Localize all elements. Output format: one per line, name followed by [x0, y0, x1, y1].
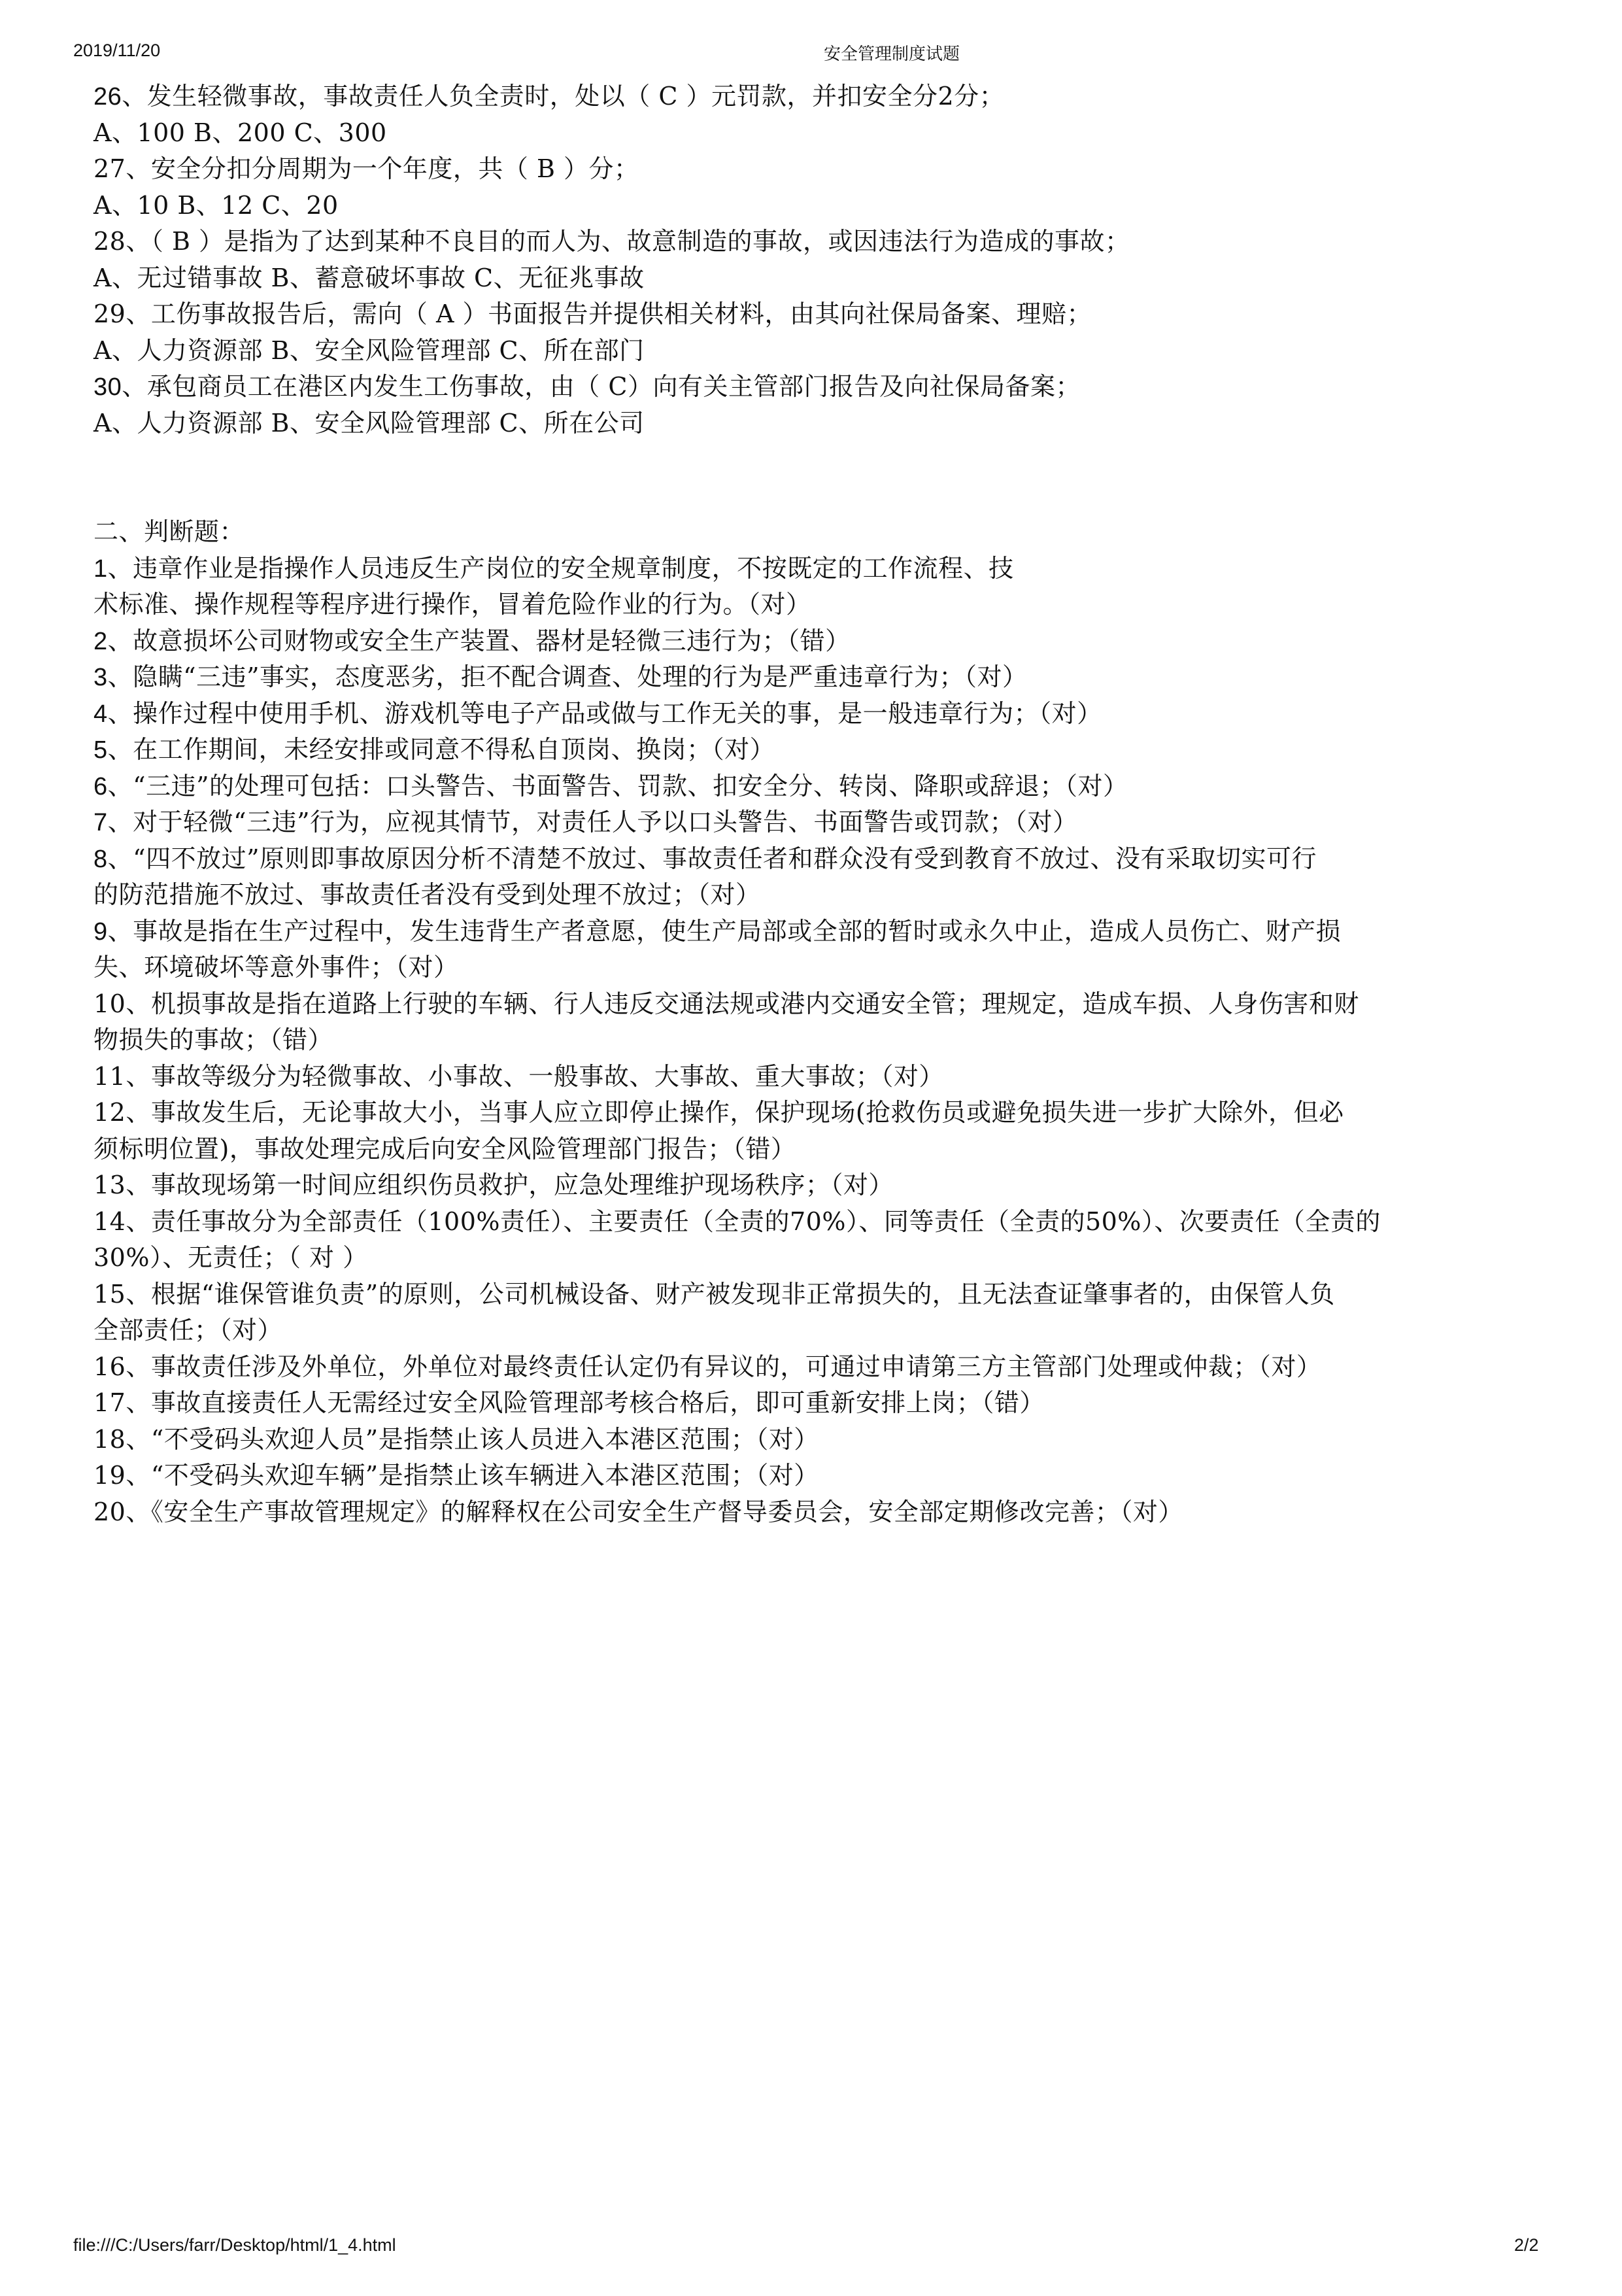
tf-item-19: 19、“不受码头欢迎车辆”是指禁止该车辆进入本港区范围；（对） — [93, 1458, 1532, 1494]
question-options: A、人力资源部 B、安全风险管理部 C、所在部门 — [93, 333, 1532, 369]
tf-item-7: 7、对于轻微“三违”行为，应视其情节，对责任人予以口头警告、书面警告或罚款；（对… — [93, 804, 1532, 841]
question-29: 29、工伤事故报告后，需向（ A ）书面报告并提供相关材料，由其向社保局备案、理… — [93, 296, 1532, 369]
question-options: A、无过错事故 B、蓄意破坏事故 C、无征兆事故 — [93, 260, 1532, 297]
question-text: 29、工伤事故报告后，需向（ A ）书面报告并提供相关材料，由其向社保局备案、理… — [93, 296, 1532, 333]
tf-item-2: 2、故意损坏公司财物或安全生产装置、器材是轻微三违行为；（错） — [93, 623, 1532, 660]
question-text: 26、发生轻微事故，事故责任人负全责时，处以（ C ）元罚款，并扣安全分2分； — [93, 78, 1532, 115]
tf-item-6: 6、“三违”的处理可包括：口头警告、书面警告、罚款、扣安全分、转岗、降职或辞退；… — [93, 768, 1532, 805]
question-text: 28、（ B ）是指为了达到某种不良目的而人为、故意制造的事故，或因违法行为造成… — [93, 224, 1532, 260]
tf-item-4: 4、操作过程中使用手机、游戏机等电子产品或做与工作无关的事，是一般违章行为；（对… — [93, 696, 1532, 732]
question-options: A、100 B、200 C、300 — [93, 115, 1532, 152]
question-26: 26、发生轻微事故，事故责任人负全责时，处以（ C ）元罚款，并扣安全分2分； … — [93, 78, 1532, 151]
question-text: 30、承包商员工在港区内发生工伤事故，由（ C）向有关主管部门报告及向社保局备案… — [93, 369, 1532, 405]
tf-item-15: 15、根据“谁保管谁负责”的原则，公司机械设备、财产被发现非正常损失的，且无法查… — [93, 1277, 1532, 1349]
tf-item-5: 5、在工作期间，未经安排或同意不得私自顶岗、换岗；（对） — [93, 732, 1532, 768]
section-title: 二、判断题： — [93, 514, 1532, 551]
question-28: 28、（ B ）是指为了达到某种不良目的而人为、故意制造的事故，或因违法行为造成… — [93, 224, 1532, 296]
tf-item-20: 20、《安全生产事故管理规定》的解释权在公司安全生产督导委员会，安全部定期修改完… — [93, 1494, 1532, 1531]
tf-item-9: 9、事故是指在生产过程中，发生违背生产者意愿，使生产局部或全部的暂时或永久中止，… — [93, 914, 1532, 986]
question-options: A、人力资源部 B、安全风险管理部 C、所在公司 — [93, 405, 1532, 442]
tf-item-8: 8、“四不放过”原则即事故原因分析不清楚不放过、事故责任者和群众没有受到教育不放… — [93, 841, 1532, 914]
section-spacer — [93, 441, 1532, 514]
tf-item-3: 3、隐瞒“三违”事实，态度恶劣，拒不配合调查、处理的行为是严重违章行为；（对） — [93, 659, 1532, 696]
tf-item-17: 17、事故直接责任人无需经过安全风险管理部考核合格后，即可重新安排上岗；（错） — [93, 1385, 1532, 1422]
header-date: 2019/11/20 — [73, 41, 160, 61]
question-options: A、10 B、12 C、20 — [93, 188, 1532, 224]
footer-file-path: file:///C:/Users/farr/Desktop/html/1_4.h… — [73, 2235, 396, 2255]
page-title: 安全管理制度试题 — [824, 41, 960, 65]
question-27: 27、安全分扣分周期为一个年度，共（ B ）分； A、10 B、12 C、20 — [93, 151, 1532, 224]
tf-item-11: 11、事故等级分为轻微事故、小事故、一般事故、大事故、重大事故；（对） — [93, 1059, 1532, 1095]
tf-item-16: 16、事故责任涉及外单位，外单位对最终责任认定仍有异议的，可通过申请第三方主管部… — [93, 1349, 1532, 1386]
tf-item-10: 10、机损事故是指在道路上行驶的车辆、行人违反交通法规或港内交通安全管；理规定，… — [93, 986, 1532, 1059]
question-30: 30、承包商员工在港区内发生工伤事故，由（ C）向有关主管部门报告及向社保局备案… — [93, 369, 1532, 441]
document-body: 26、发生轻微事故，事故责任人负全责时，处以（ C ）元罚款，并扣安全分2分； … — [93, 78, 1532, 1530]
footer-page-number: 2/2 — [1514, 2235, 1539, 2255]
tf-item-12: 12、事故发生后，无论事故大小，当事人应立即停止操作，保护现场(抢救伤员或避免损… — [93, 1095, 1532, 1167]
question-text: 27、安全分扣分周期为一个年度，共（ B ）分； — [93, 151, 1532, 188]
tf-item-18: 18、“不受码头欢迎人员”是指禁止该人员进入本港区范围；（对） — [93, 1422, 1532, 1458]
tf-item-1: 1、违章作业是指操作人员违反生产岗位的安全规章制度，不按既定的工作流程、技 术标… — [93, 551, 1532, 623]
tf-item-14: 14、责任事故分为全部责任（100%责任）、主要责任（全责的70%）、同等责任（… — [93, 1204, 1532, 1277]
tf-item-13: 13、事故现场第一时间应组织伤员救护，应急处理维护现场秩序；（对） — [93, 1167, 1532, 1204]
